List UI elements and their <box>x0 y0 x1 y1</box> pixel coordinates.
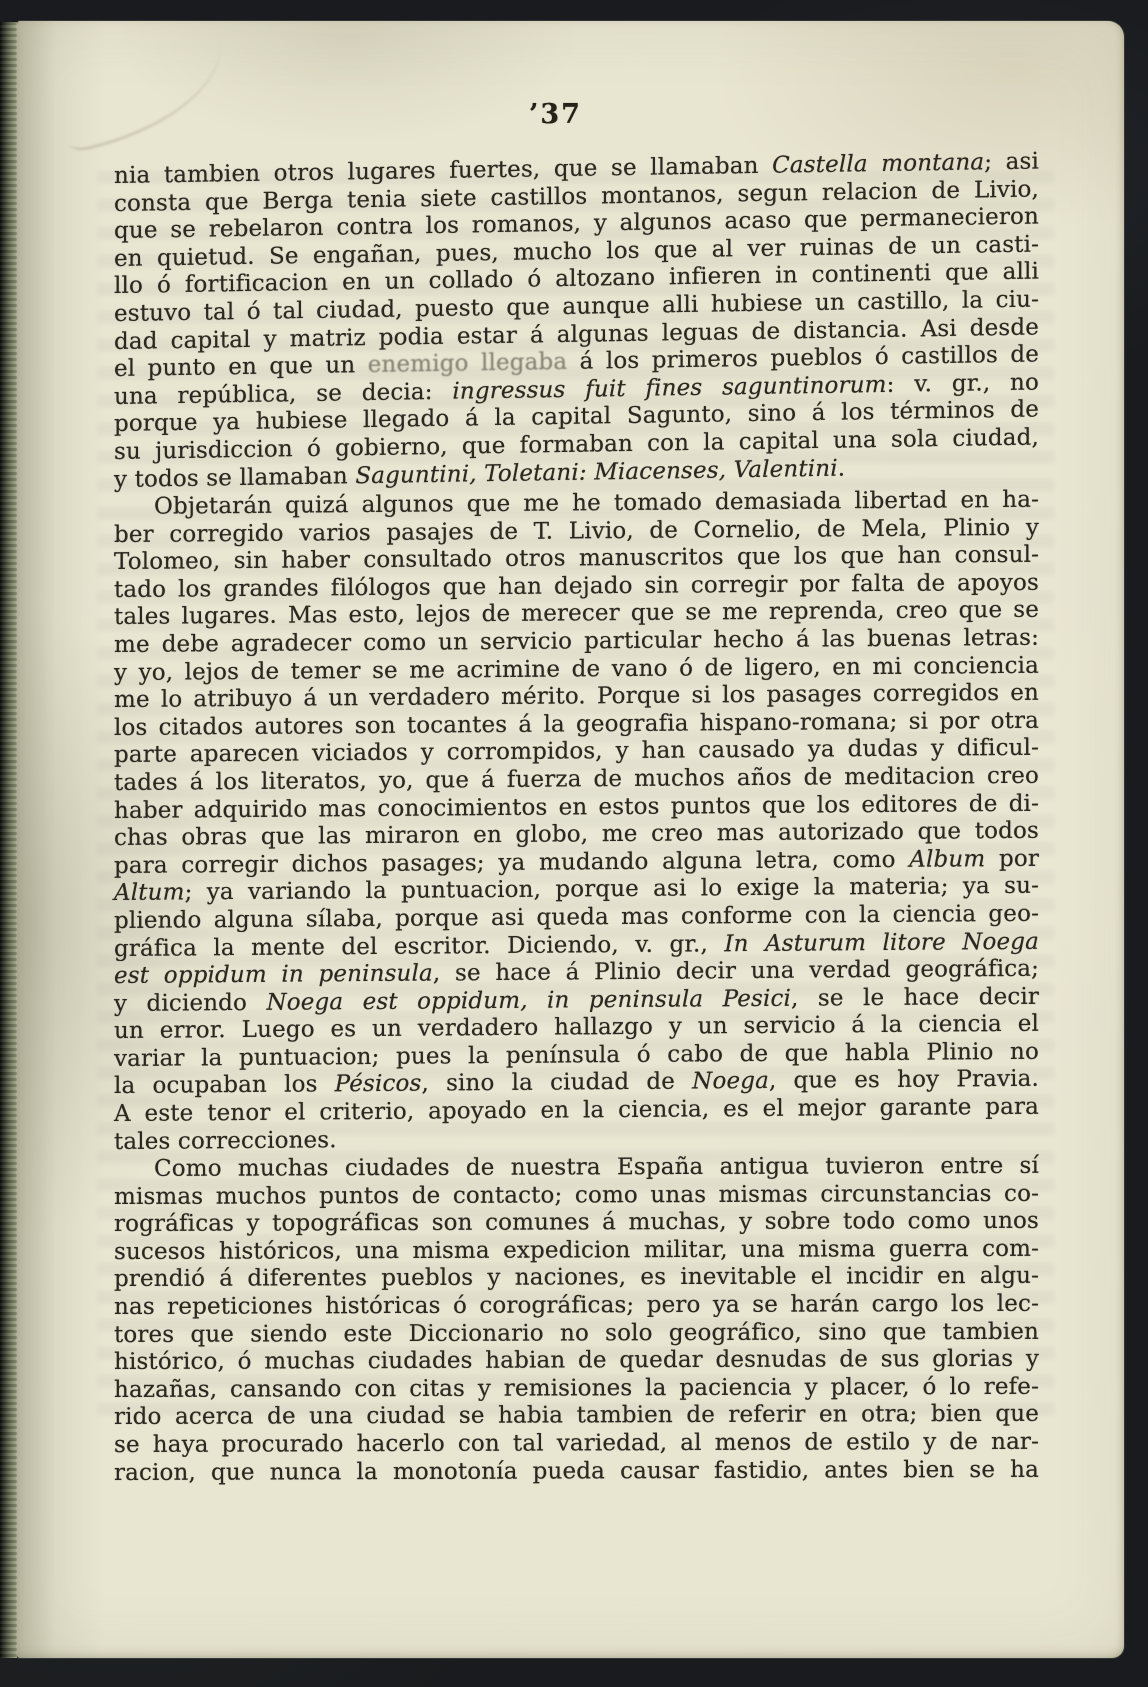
text-segment: mismas muchos puntos de contacto; como u… <box>114 1181 1039 1210</box>
italic-text-segment: Noega <box>692 1068 769 1095</box>
paragraph: Como muchas ciudades de nuestra España a… <box>114 1153 1039 1487</box>
italic-text-segment: Castella montana <box>772 149 984 178</box>
text-segment: histórico, ó muchas ciudades habian de q… <box>114 1346 1039 1375</box>
paragraph: nia tambien otros lugares fuertes, que s… <box>114 148 1039 494</box>
text-line: prendió á diferentes pueblos y naciones,… <box>114 1264 1039 1295</box>
page-text: nia tambien otros lugares fuertes, que s… <box>114 163 1039 1488</box>
text-line: nas repeticiones históricas ó corográfic… <box>114 1291 1039 1322</box>
italic-text-segment: Altum <box>114 880 185 907</box>
text-line: sucesos históricos, una misma expedicion… <box>114 1236 1039 1267</box>
text-line: rido acerca de una ciudad se habia tambi… <box>114 1401 1039 1432</box>
book-page: ’37 nia tambien otros lugares fuertes, q… <box>17 21 1124 1658</box>
text-segment: ; asi <box>984 148 1039 175</box>
text-segment: una república, se decia: <box>114 378 452 409</box>
text-segment: la ocupaban los <box>114 1072 335 1100</box>
text-line: se haya procurado hacerlo con tal varied… <box>114 1429 1039 1460</box>
text-segment: rográficas y topográficas son comunes á … <box>114 1208 1039 1237</box>
page-number: ’37 <box>114 99 1039 130</box>
scan-background: ’37 nia tambien otros lugares fuertes, q… <box>0 0 1148 1687</box>
italic-text-segment: Pésicos <box>335 1071 422 1098</box>
text-segment: y diciendo <box>114 990 266 1017</box>
text-line: rográficas y topográficas son comunes á … <box>114 1208 1039 1239</box>
text-segment: hazañas, cansando con citas y remisiones… <box>114 1374 1039 1403</box>
paper-crease <box>51 29 236 153</box>
text-segment: , que es hoy Pravia. <box>769 1066 1039 1094</box>
text-line: Como muchas ciudades de nuestra España a… <box>114 1153 1039 1184</box>
italic-text-segment: Album <box>909 846 985 873</box>
text-segment: , se le hace decir <box>791 984 1039 1012</box>
text-segment: , se hace á Plinio decir una verdad geog… <box>433 956 1039 987</box>
text-line: racion, que nunca la monotonía pueda cau… <box>114 1457 1039 1488</box>
text-segment: racion, que nunca la monotonía pueda cau… <box>114 1457 1039 1486</box>
text-segment: por <box>985 846 1039 872</box>
book-spine-edge <box>0 22 17 1658</box>
italic-text-segment: Noega est oppidum, in peninsula Pesici <box>266 985 791 1015</box>
italic-text-segment: In Asturum litore Noega <box>724 928 1039 956</box>
text-segment: tores que siendo este Diccionario no sol… <box>114 1319 1039 1348</box>
text-segment: nas repeticiones históricas ó corográfic… <box>114 1291 1039 1320</box>
paragraph: Objetarán quizá algunos que me he tomado… <box>114 487 1039 1157</box>
text-segment: . <box>838 455 845 481</box>
text-segment: sucesos históricos, una misma expedicion… <box>114 1236 1039 1265</box>
text-segment: gráfica la mente del escritor. Diciendo,… <box>114 931 724 962</box>
text-segment: , sino la ciudad de <box>421 1069 692 1097</box>
italic-text-segment: est oppidum in peninsula <box>114 961 433 990</box>
text-segment: se haya procurado hacerlo con tal varied… <box>114 1429 1039 1458</box>
text-line: histórico, ó muchas ciudades habian de q… <box>114 1346 1039 1377</box>
text-segment: rido acerca de una ciudad se habia tambi… <box>114 1401 1039 1430</box>
text-line: mismas muchos puntos de contacto; como u… <box>114 1181 1039 1212</box>
text-segment: : v. gr., no <box>887 369 1039 397</box>
text-segment: y todos se llamaban <box>114 463 355 493</box>
text-segment: enemigo llegaba <box>368 349 567 378</box>
text-segment: Como muchas ciudades de nuestra España a… <box>154 1153 1039 1182</box>
text-line: hazañas, cansando con citas y remisiones… <box>114 1374 1039 1405</box>
text-segment: tales correcciones. <box>114 1127 337 1155</box>
text-segment: prendió á diferentes pueblos y naciones,… <box>114 1264 1039 1293</box>
text-segment: el punto en que un <box>114 352 368 382</box>
text-line: tales correcciones. <box>114 1122 1039 1157</box>
text-line: tores que siendo este Diccionario no sol… <box>114 1319 1039 1350</box>
